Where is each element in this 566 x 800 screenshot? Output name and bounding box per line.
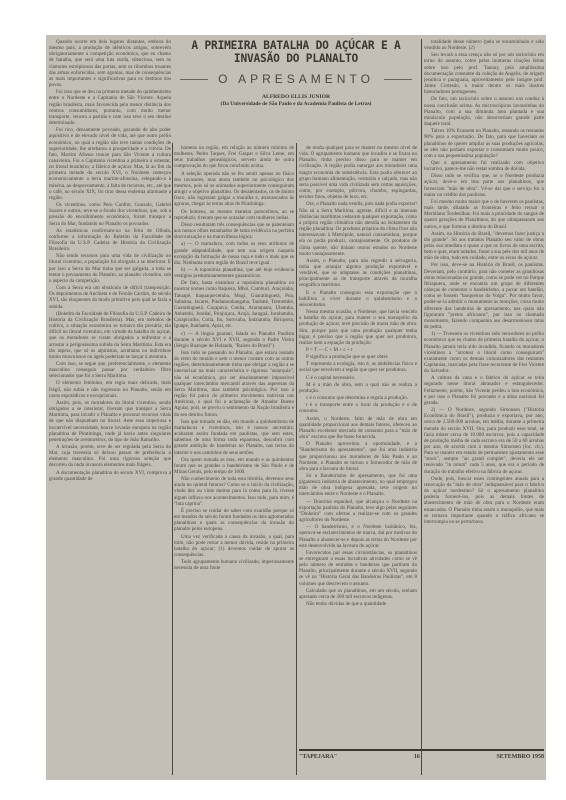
paragraph: O elemento feminino, em regra mais delic… (49, 380, 171, 398)
paragraph: Foi rico, densamente povoado, gozando de… (49, 127, 171, 201)
paragraph: Ora quem tomada as eras, em mundo e as q… (174, 457, 294, 475)
paragraph: Assim, pois, os moradores do litoral vic… (49, 400, 171, 443)
column-3: de renda qualquer para se manter no mesm… (299, 145, 417, 775)
paragraph: Talvez 10% ficassem no Planalto, restand… (424, 128, 544, 159)
page-footer: "TAPEJARA" 16 SETEMBRO 1958 (299, 754, 544, 760)
paragraph: 1) — Tivessem os vicentinos sido vencedo… (424, 331, 544, 374)
paragraph: Com isso, se segue que, preferencialment… (49, 361, 171, 379)
paragraph: E o Planalto conseguiu essa exportação q… (299, 290, 417, 308)
paragraph: t é o transporte entre o local da produç… (299, 402, 417, 414)
column-divider-2 (296, 143, 297, 775)
paragraph: Calculado que os planaltinos, em um sécu… (299, 588, 417, 600)
paragraph: É preciso se cuidar de saber com exatidã… (174, 508, 294, 533)
article-title-line1: A PRIMEIRA BATALHA DO AÇÚCAR E A (174, 39, 418, 52)
paragraph: Por isso, deve-se na História do Brasil,… (424, 262, 544, 330)
column-1: Quando ocorre em dois lugares distantes,… (49, 39, 171, 779)
paragraph: Disso resultaram três consequências que … (174, 222, 294, 240)
paragraph: De fato, basta examinar a toponímia plan… (174, 280, 294, 329)
paragraph: O Planalto aproveitou a oportunidade, e … (299, 441, 417, 472)
paragraph: homens na região, em relação ao número m… (174, 145, 294, 170)
paragraph: Com a Serra era um obstáculo de difícil … (49, 285, 171, 310)
paragraph: A seleção operada não se fez sentir apen… (174, 171, 294, 208)
paragraph: T representa a ecologia, isto é, as ambi… (299, 361, 417, 373)
newspaper-page: Quando ocorre em dois lugares distantes,… (46, 35, 546, 780)
paragraph: Disso tudo se verifica que, se o Nordest… (424, 173, 544, 198)
column-divider-3 (421, 39, 422, 775)
paragraph: Não tendo recursos para uma vida de civi… (49, 253, 171, 284)
paragraph: Uma vez verificada a causa da invasão, a… (174, 534, 294, 559)
footer-rule (299, 749, 544, 751)
paragraph: b) — A toponímia planaltina, que até hoj… (174, 267, 294, 279)
paragraph: Isso tudo se passando no Planalto, que e… (174, 350, 294, 418)
paragraph: M é a mão de obra, sem a qual não se rea… (299, 382, 417, 394)
article-subtitle: O APRESAMENTO (174, 72, 418, 86)
paragraph: Só a Bandeirismo de apresamento, que foi… (299, 473, 417, 498)
paragraph: Foi isso que se deu na primeira metade d… (49, 89, 171, 126)
paragraph: Nessa mesma ocasião, o Nordeste, que hav… (299, 309, 417, 346)
paragraph: Os vicentinos, como Pero Cardim, Gonzalo… (49, 202, 171, 227)
paragraph: Seu levará a essa crença não só por um r… (424, 52, 544, 95)
paragraph: Isso que tornado se dão, em mundo a quin… (174, 419, 294, 456)
paragraph: P significa a produção que se quer obter… (299, 354, 417, 360)
paragraph: — O bandeirismo, e o Nordeste lusitânico… (299, 524, 417, 549)
paragraph: Quando ocorre em dois lugares distantes,… (49, 39, 171, 88)
paragraph: a) — O mamaluco, com todos os seus atrib… (174, 241, 294, 266)
paragraph: A invasão, porém, teve de ser regulada p… (49, 444, 171, 469)
paragraph: Favorecidos por essas circunstâncias, os… (299, 550, 417, 587)
paragraph: A documentação planaltina do século XVI,… (49, 470, 171, 482)
paragraph: de renda qualquer para se manter no mesm… (299, 145, 417, 200)
paragraph: Não conhecimento de toda esta história, … (174, 476, 294, 507)
paragraph: Não tenho dúvidas de que a quantidade (299, 601, 417, 607)
column-divider-1 (172, 143, 173, 775)
paragraph: Assim, o Planalto, para não regredir à s… (299, 258, 417, 289)
paragraph: Todo agrupamento humano civilizado, impe… (174, 559, 294, 571)
issue-date: SETEMBRO 1958 (496, 754, 544, 760)
paragraph: C é o capital necessário. (299, 375, 417, 381)
paragraph: totalidade desse número (pela se encamin… (424, 39, 544, 51)
paragraph: c é o consumo que determina e regula a p… (299, 395, 417, 401)
paragraph: (Boletim da Faculdade de Filosofia da U.… (49, 311, 171, 360)
paragraph: Ora, o Planalto nada vendia, pois nada p… (299, 201, 417, 256)
paragraph: A cultura da cana e o fabrico do açúcar … (424, 375, 544, 406)
author-affiliation: (Da Universidade de São Paulo e da Acade… (174, 101, 418, 108)
page-number: 16 (414, 754, 420, 760)
paragraph: De fato, um raciocínio sobre o assunto n… (424, 96, 544, 127)
article-header: A PRIMEIRA BATALHA DO AÇÚCAR E A INVASÃO… (174, 39, 418, 108)
paragraph: Assim, na História do Brasil, "devemos f… (424, 231, 544, 262)
paragraph: Que o apresamento foi realizado com obje… (424, 160, 544, 172)
article-title-line2: INVASÃO DO PLANALTO (174, 52, 418, 65)
article-author: ALFREDO ELLIS JUNIOR (174, 94, 418, 101)
paragraph: 2) — O Nordeste, segundo Simonsen ("Hist… (424, 407, 544, 475)
paragraph: Foi mesmo muito maior que o de haverem o… (424, 199, 544, 230)
paragraph: P = T — C + M + c + t (299, 347, 417, 353)
paragraph: c) — A língua guarani, falada no Planalt… (174, 331, 294, 349)
column-2: homens na região, em relação ao número m… (174, 145, 294, 775)
paragraph: Os homens, ao mesmo maneira potocelinos,… (174, 209, 294, 221)
paragraph: Onde, pois, buscar esses contingentes an… (424, 476, 544, 525)
publication-name: "TAPEJARA" (299, 754, 337, 760)
paragraph: Assim, o Nordeste, falto de mão de obra … (299, 416, 417, 441)
paragraph: — Doutrina espanhol, que alcançou o Nord… (299, 499, 417, 524)
paragraph: As estatísticas confirmam-no na feira de… (49, 228, 171, 253)
column-4: totalidade desse número (pela se encamin… (424, 39, 544, 751)
